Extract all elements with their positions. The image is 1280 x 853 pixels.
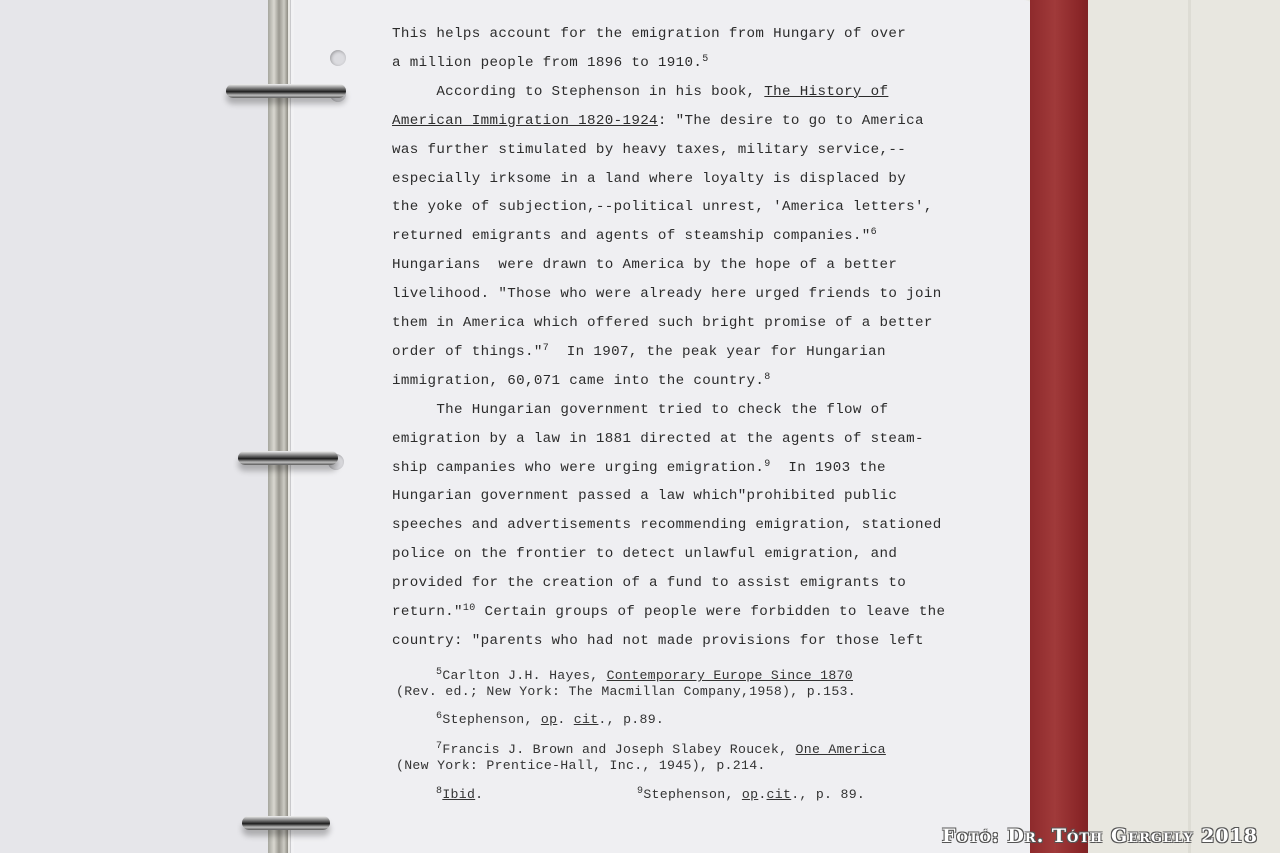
body-line: livelihood. "Those who were already here… [392, 286, 942, 302]
binder-ring-middle [238, 451, 338, 465]
line-text: Hungarians were drawn to America by the … [392, 257, 897, 273]
footnote-ref: 6 [871, 227, 877, 238]
book-title: American Immigration 1820-1924 [392, 113, 658, 129]
line-text: Certain groups of people were forbidden … [476, 604, 946, 620]
body-line: Hungarian government passed a law which"… [392, 488, 897, 504]
line-text: them in America which offered such brigh… [392, 315, 933, 331]
body-line: returned emigrants and agents of steamsh… [392, 228, 877, 244]
line-text: return." [392, 604, 463, 620]
line-text: immigration, 60,071 came into the countr… [392, 373, 764, 389]
body-line: a million people from 1896 to 1910.5 [392, 55, 709, 71]
footnote-ref: 5 [702, 54, 708, 65]
body-line: was further stimulated by heavy taxes, m… [392, 142, 906, 158]
body-line: American Immigration 1820-1924: "The des… [392, 113, 924, 129]
line-text: country: "parents who had not made provi… [392, 633, 924, 649]
binder-inner-sleeve [1088, 0, 1280, 853]
body-line: immigration, 60,071 came into the countr… [392, 373, 771, 389]
footnote-ref: 10 [463, 603, 476, 614]
footnote-6: 6Stephenson, op. cit., p.89. [436, 712, 664, 727]
line-text: the yoke of subjection,--political unres… [392, 199, 933, 215]
line-text: emigration by a law in 1881 directed at … [392, 431, 924, 447]
line-text: order of things." [392, 344, 543, 360]
line-text: This helps account for the emigration fr… [392, 26, 906, 42]
line-text: police on the frontier to detect unlawfu… [392, 546, 897, 562]
body-line: return."10 Certain groups of people were… [392, 604, 945, 620]
footnote-ref: 8 [764, 372, 770, 383]
line-text: was further stimulated by heavy taxes, m… [392, 142, 906, 158]
line-text: In 1903 the [771, 460, 886, 476]
body-line: speeches and advertisements recommending… [392, 517, 942, 533]
footnote-8: 8Ibid. [436, 787, 483, 802]
sleeve-fold [1188, 0, 1191, 853]
line-text: Hungarian government passed a law which"… [392, 488, 897, 504]
body-line: especially irksome in a land where loyal… [392, 171, 906, 187]
left-page: Conditions in Hungto leave Hungary and s… [0, 0, 285, 853]
body-line: emigration by a law in 1881 directed at … [392, 431, 924, 447]
body-line: According to Stephenson in his book, The… [392, 84, 888, 100]
photo-credit: Fotó: Dr. Tóth Gergely 2018 [942, 825, 1258, 847]
body-line: Hungarians were drawn to America by the … [392, 257, 897, 273]
footnote-7-line2: (New York: Prentice-Hall, Inc., 1945), p… [396, 758, 766, 773]
body-line: the yoke of subjection,--political unres… [392, 199, 933, 215]
line-text: livelihood. "Those who were already here… [392, 286, 942, 302]
footnote-title: One America [796, 742, 886, 757]
body-line: order of things."7 In 1907, the peak yea… [392, 344, 886, 360]
line-text: ship campanies who were urging emigratio… [392, 460, 764, 476]
line-text: returned emigrants and agents of steamsh… [392, 228, 871, 244]
body-line: ship campanies who were urging emigratio… [392, 460, 886, 476]
line-text: In 1907, the peak year for Hungarian [549, 344, 886, 360]
line-text: According to Stephenson in his book, [392, 84, 764, 100]
line-text: The Hungarian government tried to check … [392, 402, 888, 418]
footnote-ref: 9 [764, 459, 770, 470]
body-line: them in America which offered such brigh… [392, 315, 933, 331]
body-line: country: "parents who had not made provi… [392, 633, 924, 649]
binder-spine [268, 0, 288, 853]
binder-cover-red [1030, 0, 1092, 853]
line-text: especially irksome in a land where loyal… [392, 171, 906, 187]
binder-ring-top [226, 84, 346, 98]
footnote-5-line2: (Rev. ed.; New York: The Macmillan Compa… [396, 684, 856, 699]
body-line: The Hungarian government tried to check … [392, 402, 888, 418]
line-text: : "The desire to go to America [658, 113, 924, 129]
footnote-5: 5Carlton J.H. Hayes, Contemporary Europe… [436, 668, 853, 683]
line-text: provided for the creation of a fund to a… [392, 575, 906, 591]
book-title: The History of [764, 84, 888, 100]
line-text: a million people from 1896 to 1910. [392, 55, 702, 71]
footnote-7: 7Francis J. Brown and Joseph Slabey Rouc… [436, 742, 886, 757]
binder-ring-bottom [242, 816, 330, 830]
line-text: speeches and advertisements recommending… [392, 517, 942, 533]
footnote-title: Contemporary Europe Since 1870 [607, 668, 853, 683]
footnote-ref: 7 [543, 343, 549, 354]
footnote-9: 9Stephenson, op.cit., p. 89. [637, 787, 865, 802]
body-line: provided for the creation of a fund to a… [392, 575, 906, 591]
body-line: This helps account for the emigration fr… [392, 26, 906, 42]
punch-hole [330, 50, 346, 66]
body-line: police on the frontier to detect unlawfu… [392, 546, 897, 562]
